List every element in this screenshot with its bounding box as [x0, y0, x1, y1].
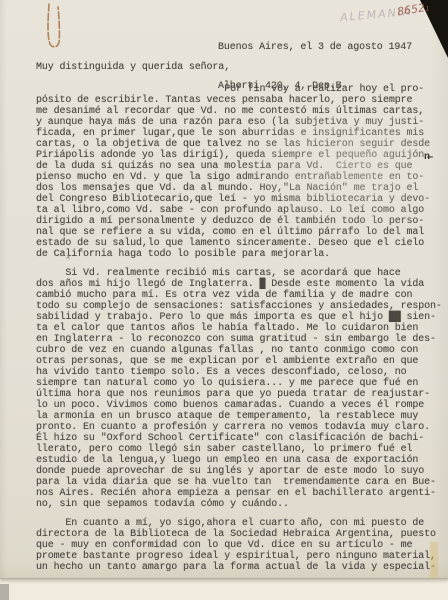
place-date-line: Buenos Aires, el 3 de agosto 1947 — [218, 41, 412, 54]
paragraph-3: En cuanto a mí, yo sigo,ahora el cuarto … — [36, 518, 436, 573]
paperclip-rust-stain — [42, 1, 66, 53]
scan-backdrop-shadow — [0, 584, 9, 600]
paragraph-1: Por fin voy a realizar hoy el pro- pósit… — [36, 84, 430, 260]
paper-edge-tape-stain — [430, 542, 438, 578]
margin-overstrike-mark: n̶ — [424, 152, 430, 163]
scanned-letter-page: Buenos Aires, el 3 de agosto 1947 Albert… — [0, 0, 448, 600]
salutation: Muy distinguida y querida señora, — [36, 62, 230, 73]
paragraph-2: Si Vd. realmente recibió mis cartas, se … — [36, 268, 442, 510]
